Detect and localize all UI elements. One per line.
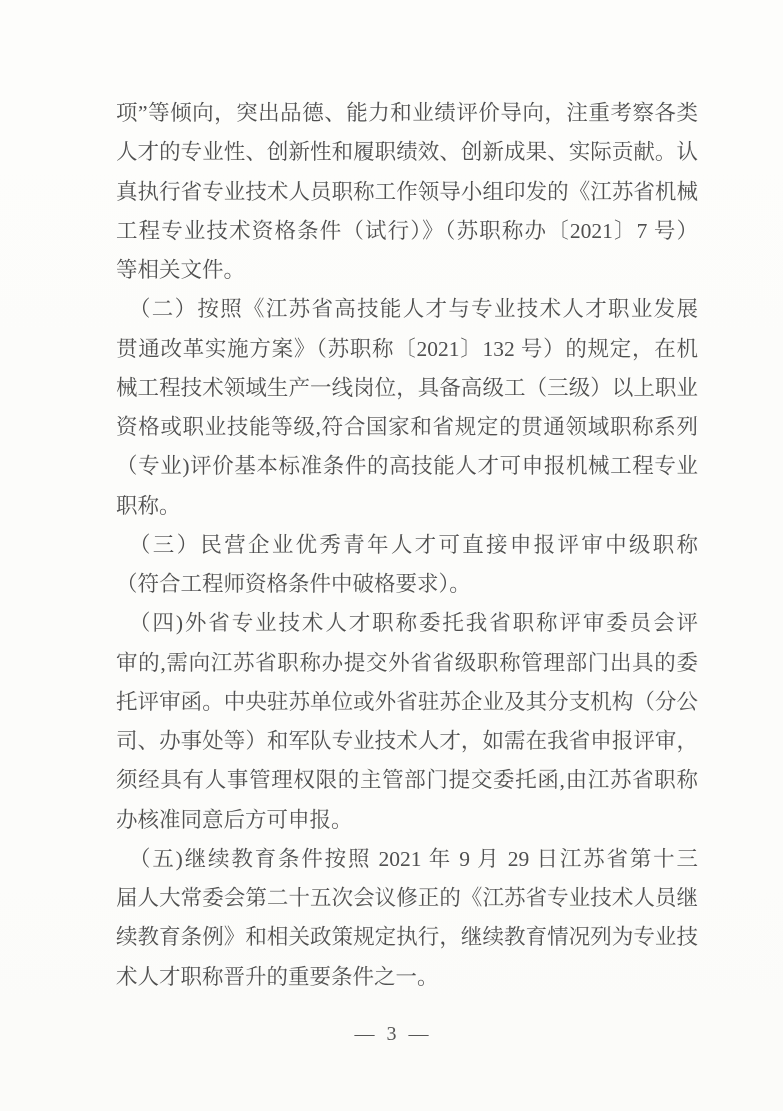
text-line: 工程专业技术资格条件（试行）》（苏职称办〔2021〕7 号）: [116, 212, 698, 251]
text-line: 真执行省专业技术人员职称工作领导小组印发的《江苏省机械: [116, 173, 698, 212]
text-line: （三）民营企业优秀青年人才可直接申报评审中级职称: [116, 526, 698, 565]
text-line: 办核准同意后方可申报。: [116, 801, 698, 840]
text-line: 贯通改革实施方案》（苏职称〔2021〕132 号）的规定，在机: [116, 330, 698, 369]
page-number: — 3 —: [0, 1020, 783, 1048]
text-line: 术人才职称晋升的重要条件之一。: [116, 958, 698, 997]
text-line: 托评审函。中央驻苏单位或外省驻苏企业及其分支机构（分公: [116, 683, 698, 722]
text-line: 项”等倾向，突出品德、能力和业绩评价导向，注重考察各类: [116, 94, 698, 133]
text-line: （符合工程师资格条件中破格要求）。: [116, 565, 698, 604]
text-line: 职称。: [116, 487, 698, 526]
text-line: 械工程技术领域生产一线岗位，具备高级工（三级）以上职业: [116, 369, 698, 408]
scanned-document-page: 项”等倾向，突出品德、能力和业绩评价导向，注重考察各类人才的专业性、创新性和履职…: [0, 0, 783, 1111]
text-line: 续教育条例》和相关政策规定执行，继续教育情况列为专业技: [116, 918, 698, 957]
text-line: （二）按照《江苏省高技能人才与专业技术人才职业发展: [116, 290, 698, 329]
document-text-block: 项”等倾向，突出品德、能力和业绩评价导向，注重考察各类人才的专业性、创新性和履职…: [116, 94, 698, 997]
text-line: （四)外省专业技术人才职称委托我省职称评审委员会评: [116, 604, 698, 643]
text-line: 资格或职业技能等级,符合国家和省规定的贯通领域职称系列: [116, 408, 698, 447]
text-line: 司、办事处等）和军队专业技术人才，如需在我省申报评审，: [116, 722, 698, 761]
text-line: （五)继续教育条件按照 2021 年 9 月 29 日江苏省第十三: [116, 840, 698, 879]
text-line: 审的,需向江苏省职称办提交外省省级职称管理部门出具的委: [116, 644, 698, 683]
text-line: 等相关文件。: [116, 251, 698, 290]
text-line: （专业)评价基本标准条件的高技能人才可申报机械工程专业: [116, 447, 698, 486]
text-line: 须经具有人事管理权限的主管部门提交委托函,由江苏省职称: [116, 761, 698, 800]
text-line: 届人大常委会第二十五次会议修正的《江苏省专业技术人员继: [116, 879, 698, 918]
text-line: 人才的专业性、创新性和履职绩效、创新成果、实际贡献。认: [116, 133, 698, 172]
